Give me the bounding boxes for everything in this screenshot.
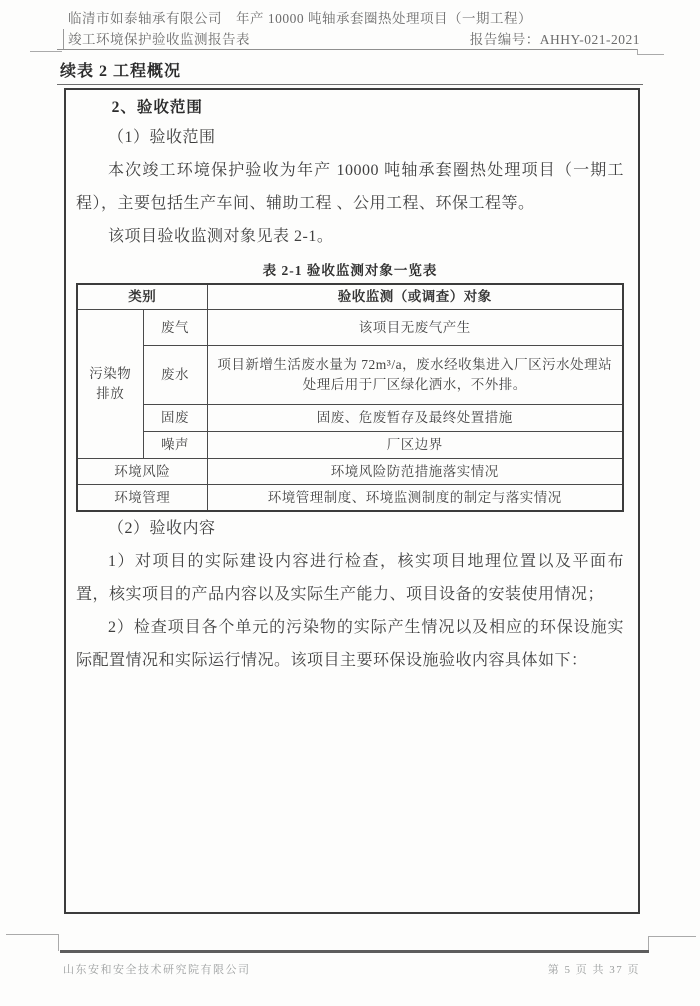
gas-label-cell: 废气 [143,310,207,346]
footer-company: 山东安和安全技术研究院有限公司 [63,961,251,977]
risk-label-cell: 环境风险 [77,459,207,485]
noise-value-cell: 厂区边界 [207,432,623,459]
crop-mark-top-left [30,51,62,52]
footer-page-number: 第 5 页 共 37 页 [548,961,640,977]
solid-value-cell: 固废、危废暂存及最终处置措施 [207,405,623,432]
solid-label-cell: 固废 [143,405,207,432]
gas-value-cell: 该项目无废气产生 [207,310,623,346]
content-paragraph-2: 2）检查项目各个单元的污染物的实际产生情况以及相应的环保设施实际配置情况和实际运… [76,611,624,677]
mgmt-label-cell: 环境管理 [77,485,207,512]
noise-label-cell: 噪声 [143,432,207,459]
mgmt-value-cell: 环境管理制度、环境监测制度的制定与落实情况 [207,485,623,512]
header-report-number: 报告编号：AHHY-021-2021 [470,29,640,50]
section-heading: 2、验收范围 [76,95,624,121]
document-header: 临清市如泰轴承有限公司 年产 10000 吨轴承套圈热处理项目（一期工程） 竣工… [63,8,640,50]
table-header-row: 类别 验收监测（或调查）对象 [77,284,623,310]
scope-paragraph: 本次竣工环境保护验收为年产 10000 吨轴承套圈热处理项目（一期工程），主要包… [76,154,624,220]
crop-mark-top-right [637,54,664,55]
header-rule [57,49,638,50]
continued-table-title: 续表 2 工程概况 [60,58,640,81]
content-box: 2、验收范围 （1）验收范围 本次竣工环境保护验收为年产 10000 吨轴承套圈… [64,88,640,914]
table-row: 环境管理 环境管理制度、环境监测制度的制定与落实情况 [77,485,623,512]
document-footer: 山东安和安全技术研究院有限公司 第 5 页 共 37 页 [63,961,640,977]
header-project-title: 临清市如泰轴承有限公司 年产 10000 吨轴承套圈热处理项目（一期工程） [63,8,640,29]
table-row: 噪声 厂区边界 [77,432,623,459]
header-second-line: 竣工环境保护验收监测报告表 报告编号：AHHY-021-2021 [63,29,640,50]
title-underline [57,84,643,85]
water-label-cell: 废水 [143,346,207,405]
table-row: 固废 固废、危废暂存及最终处置措施 [77,405,623,432]
monitoring-object-table: 类别 验收监测（或调查）对象 污染物排放 废气 该项目无废气产生 废水 项目新增… [76,283,624,512]
table-reference-paragraph: 该项目验收监测对象见表 2-1。 [76,220,624,253]
content-paragraph-1: 1）对项目的实际建设内容进行检查，核实项目地理位置以及平面布置，核实项目的产品内… [76,545,624,611]
acceptance-scope-subtitle: （1）验收范围 [76,121,624,154]
crop-mark-bottom-right-tick [648,936,649,951]
crop-mark-bottom-left-tick [58,934,59,951]
table-row: 环境风险 环境风险防范措施落实情况 [77,459,623,485]
scanned-report-page: { "header": { "line1": "临清市如泰轴承有限公司 年产 1… [0,0,700,1006]
risk-value-cell: 环境风险防范措施落实情况 [207,459,623,485]
object-header-cell: 验收监测（或调查）对象 [207,284,623,310]
category-header-cell: 类别 [77,284,207,310]
header-report-type: 竣工环境保护验收监测报告表 [68,29,250,50]
crop-mark-bottom-left [6,934,58,935]
acceptance-content-subtitle: （2）验收内容 [76,512,624,545]
footer-rule [60,950,649,953]
water-value-cell: 项目新增生活废水量为 72m³/a，废水经收集进入厂区污水处理站处理后用于厂区绿… [207,346,623,405]
table-row: 废水 项目新增生活废水量为 72m³/a，废水经收集进入厂区污水处理站处理后用于… [77,346,623,405]
crop-mark-bottom-right [648,936,696,937]
table-row: 污染物排放 废气 该项目无废气产生 [77,310,623,346]
table-caption: 表 2-1 验收监测对象一览表 [76,259,624,279]
pollutant-group-cell: 污染物排放 [77,310,143,459]
